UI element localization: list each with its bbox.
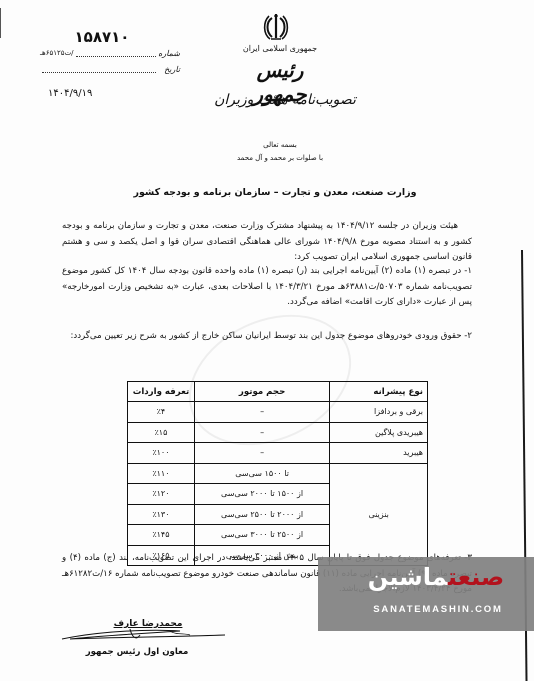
cell-tariff: ٪۱۱۰: [128, 463, 195, 484]
cell-type: هیبریدی پلاگین: [330, 422, 428, 443]
republic-title: جمهوری اسلامی ایران: [240, 44, 320, 53]
cell-engine: –: [194, 422, 329, 443]
tariff-table: نوع پیشرانه حجم موتور تعرفه واردات برقی …: [127, 381, 428, 566]
date-value: ۱۴۰۴/۹/۱۹: [48, 88, 92, 99]
number-row: شماره /ت۶۵۱۲۵هـ: [40, 49, 180, 58]
table-row: بنزینی تا ۱۵۰۰ سی‌سی ٪۱۱۰: [128, 463, 428, 484]
cell-tariff: ٪۴: [128, 402, 195, 423]
cell-engine: –: [194, 443, 329, 464]
cell-engine: از ۲۵۰۰ تا ۳۰۰۰ سی‌سی: [194, 525, 329, 546]
cell-tariff: ٪۱۲۰: [128, 484, 195, 505]
item-2-paragraph: ۲- حقوق ورودی خودروهای موضوع جدول این بن…: [62, 329, 472, 345]
cell-tariff: ٪۱۰۰: [128, 443, 195, 464]
number-dots: [76, 49, 156, 57]
table-row: هیبرید – ٪۱۰۰: [128, 443, 428, 464]
bismillah: بسمه تعالی: [230, 141, 330, 149]
number-label: شماره: [158, 49, 180, 58]
watermark-brand: صنعتماشین: [356, 563, 516, 597]
table-row: برقی و بردافزا – ٪۴: [128, 402, 428, 423]
item-1-paragraph: ۱- در تبصره (۱) ماده (۲) آیین‌نامه اجرای…: [62, 264, 472, 311]
cell-engine: از ۲۰۰۰ تا ۲۵۰۰ سی‌سی: [194, 504, 329, 525]
cell-tariff: ٪۱۴۵: [128, 525, 195, 546]
header-engine-type: نوع پیشرانه: [330, 382, 428, 402]
watermark-brand-red: صنعت: [448, 563, 504, 591]
date-row: تاریخ: [40, 65, 180, 74]
recipients-heading: وزارت صنعت، معدن و تجارت – سازمان برنامه…: [120, 187, 430, 198]
document-type: تصویب‌نامه هیئت وزیران: [210, 92, 360, 108]
cell-engine: تا ۱۵۰۰ سی‌سی: [194, 463, 329, 484]
cell-engine: از ۱۵۰۰ تا ۲۰۰۰ سی‌سی: [194, 484, 329, 505]
decree-page: جمهوری اسلامی ایران رئیس جمهور تصویب‌نام…: [0, 0, 534, 681]
table-header-row: نوع پیشرانه حجم موتور تعرفه واردات: [128, 382, 428, 402]
scan-edge-left: [0, 8, 1, 38]
date-dots: [42, 65, 156, 73]
table-row: هیبریدی پلاگین – ٪۱۵: [128, 422, 428, 443]
cell-tariff: ٪۱۳۰: [128, 504, 195, 525]
cell-tariff: ٪۱۵: [128, 422, 195, 443]
watermark-url: SANATEMASHIN.COM: [358, 604, 518, 615]
intro-paragraph: هیئت وزیران در جلسه ۱۴۰۴/۹/۱۲ به پیشنهاد…: [62, 219, 472, 266]
signatory-title: معاون اول رئیس جمهور: [82, 647, 192, 657]
cell-engine: –: [194, 402, 329, 423]
salawat: با صلوات بر محمد و آل محمد: [200, 154, 360, 162]
header-engine-size: حجم موتور: [194, 382, 329, 402]
serial-number: ۱۵۸۷۱۰: [62, 28, 142, 46]
date-label: تاریخ: [158, 65, 180, 74]
cell-type: برقی و بردافزا: [330, 402, 428, 423]
watermark-brand-white: ماشین: [368, 563, 448, 591]
iran-emblem-icon: [263, 12, 289, 42]
number-value: /ت۶۵۱۲۵هـ: [40, 49, 74, 58]
sanatemashin-watermark: صنعتماشین SANATEMASHIN.COM: [318, 557, 534, 631]
cell-type: هیبرید: [330, 443, 428, 464]
header-tariff: تعرفه واردات: [128, 382, 195, 402]
